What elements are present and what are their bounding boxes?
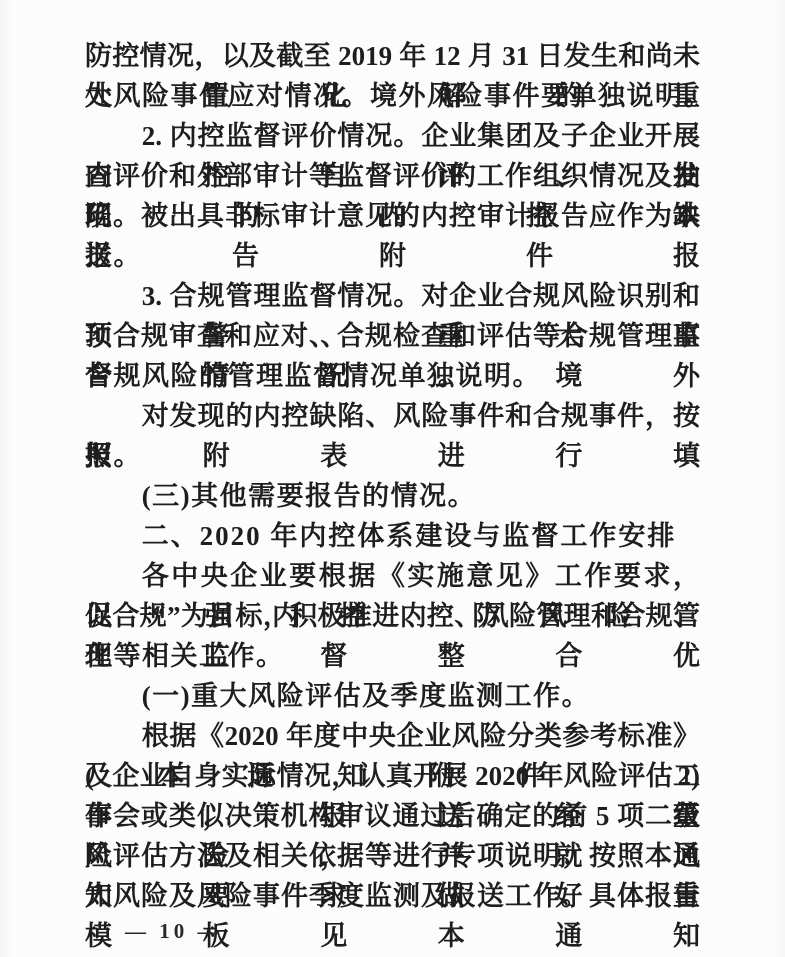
text-line: (三)其他需要报告的情况。 bbox=[85, 476, 700, 516]
document-page: 防控情况，以及截至 2019 年 12 月 31 日发生和尚未处置化解的重 大风… bbox=[0, 0, 785, 957]
text-line: 陷。被出具非标审计意见的内控审计报告应作为本报告附件报 bbox=[85, 196, 700, 236]
text-line: 对发现的内控缺陷、风险事件和合规事件，按照附表进行填 bbox=[85, 396, 700, 436]
text-line: 根据《2020 年度中央企业风险分类参考标准》(本通知附件 2) bbox=[85, 716, 700, 756]
text-line: 查评价和外部审计等监督评价的工作组织情况及发现的内控缺 bbox=[85, 156, 700, 196]
text-line: 各中央企业要根据《实施意见》工作要求，以“强内控、防风险、 bbox=[85, 556, 700, 596]
document-body: 防控情况，以及截至 2019 年 12 月 31 日发生和尚未处置化解的重 大风… bbox=[0, 0, 785, 916]
text-line: 大风险及风险事件季度监测及报送工作。具体报告模板见本通知 bbox=[85, 876, 700, 916]
text-line: 2. 内控监督评价情况。企业集团及子企业开展内控自评、抽 bbox=[85, 116, 700, 156]
text-line: 大风险事件应对情况。境外风险事件要单独说明。 bbox=[85, 76, 700, 116]
subsection-heading: (一)重大风险评估及季度监测工作。 bbox=[85, 676, 700, 716]
text-line: 3. 合规管理监督情况。对企业合规风险识别和预警、重大事 bbox=[85, 276, 700, 316]
text-line: 项合规审查和应对、合规检查和评估等合规管理监督情况。境外 bbox=[85, 316, 700, 356]
text-line: 险评估方法及相关依据等进行专项说明；按照本通知要求做好重 bbox=[85, 836, 700, 876]
text-line: 促合规”为目标，积极推进内控、风险管理和合规管理监督整合优 bbox=[85, 596, 700, 636]
text-line: 事会或类似决策机构审议通过后确定的前 5 项二级风险，并就风 bbox=[85, 796, 700, 836]
text-line: 及企业自身实际情况，认真开展 2020 年风险评估工作，报送经董 bbox=[85, 756, 700, 796]
section-heading: 二、2020 年内控体系建设与监督工作安排 bbox=[85, 516, 700, 556]
text-line: 防控情况，以及截至 2019 年 12 月 31 日发生和尚未处置化解的重 bbox=[85, 36, 700, 76]
